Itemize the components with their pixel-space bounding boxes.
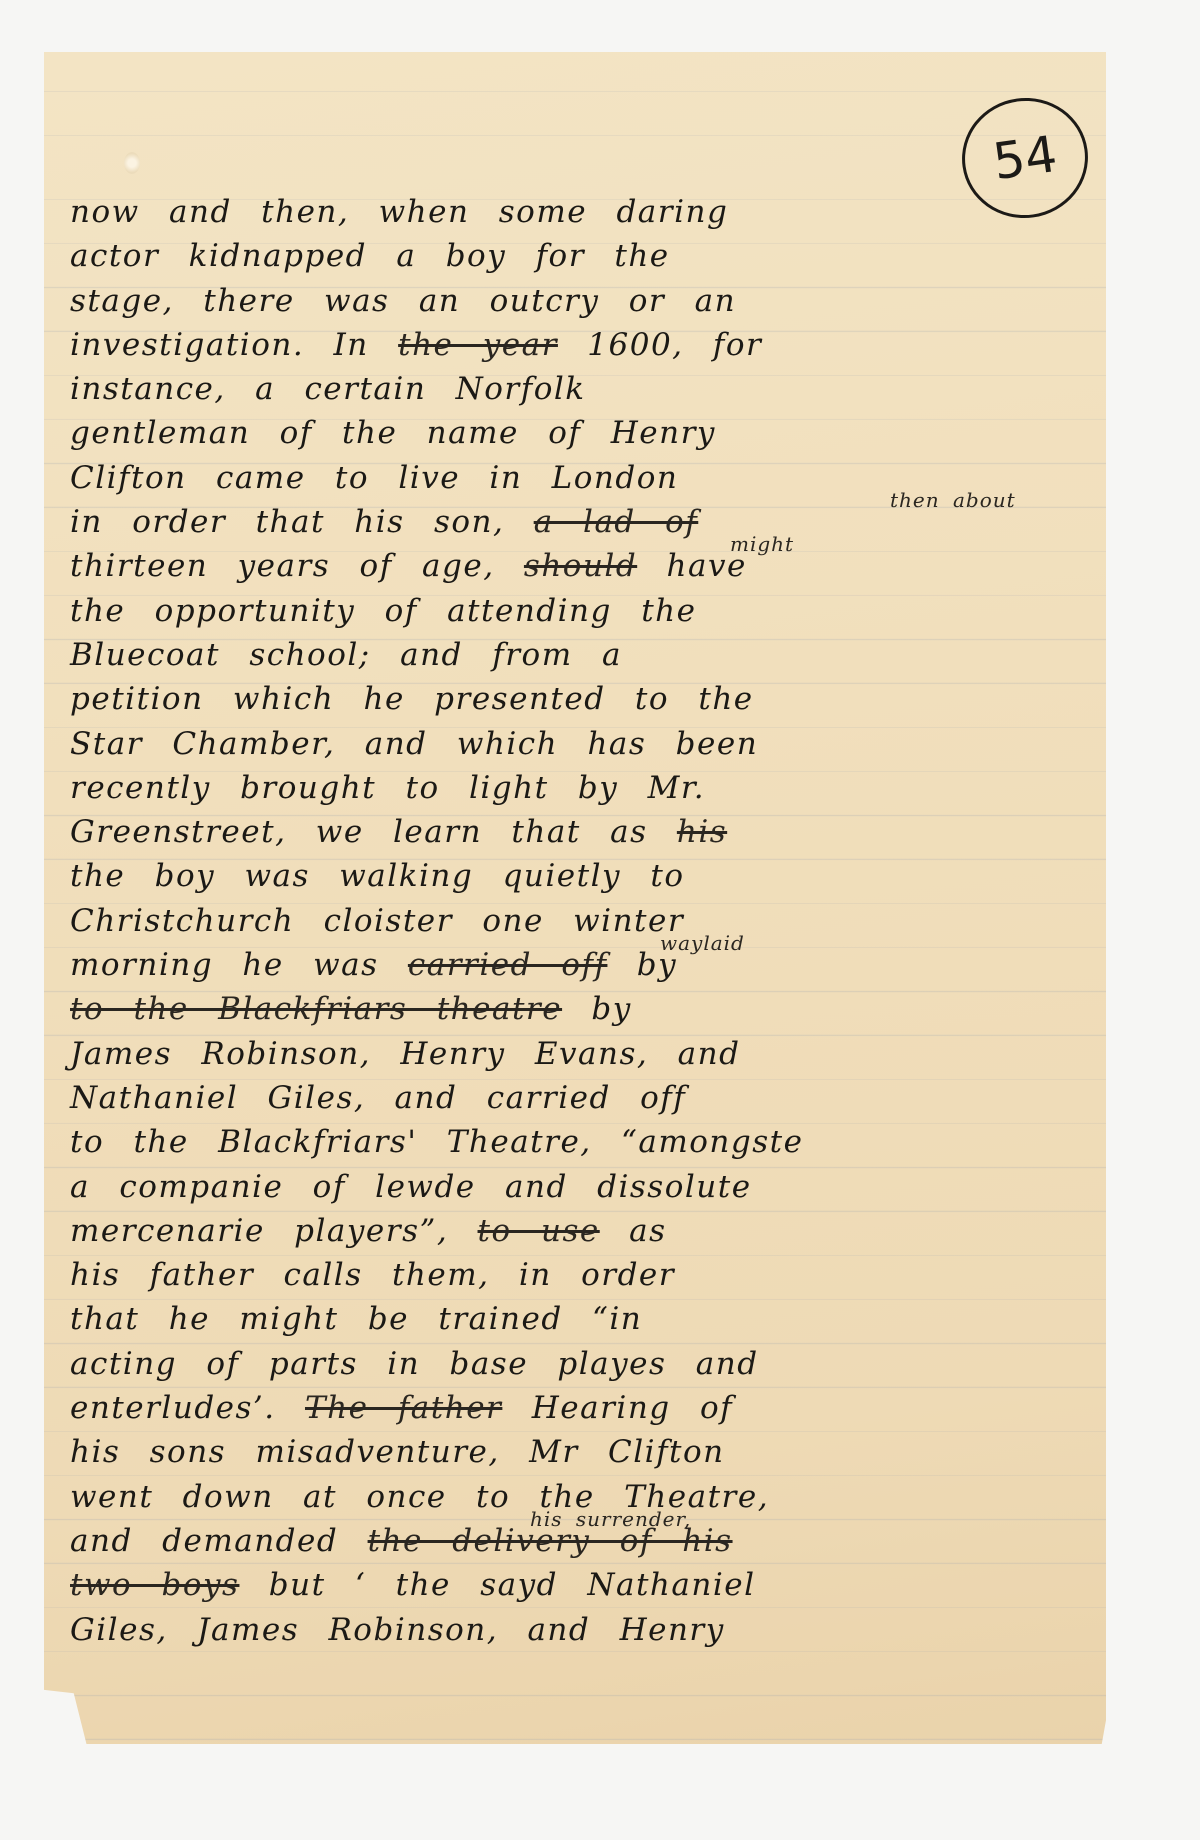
line-text: gentleman of the name of Henry	[70, 415, 716, 451]
manuscript-line: morning he was carried off bywaylaid	[70, 943, 1090, 987]
manuscript-line: thirteen years of age, should havemight	[70, 544, 1090, 588]
interlinear-insertion: his surrender,	[530, 1497, 691, 1541]
manuscript-line: stage, there was an outcry or an	[70, 279, 1090, 323]
manuscript-line: that he might be trained “in	[70, 1297, 1090, 1341]
line-text: to the Blackfriars' Theatre, “amongste	[70, 1124, 803, 1160]
line-text: and demanded	[70, 1523, 368, 1559]
line-text: Hearing of	[502, 1390, 733, 1426]
manuscript-line: to the Blackfriars theatre by	[70, 987, 1090, 1031]
line-text: in order that his son,	[70, 504, 534, 540]
line-text: recently brought to light by Mr.	[70, 770, 705, 806]
line-text: now and then, when some daring	[70, 194, 728, 230]
deleted-text: two boys	[70, 1567, 239, 1603]
line-text: 1600, for	[558, 327, 762, 363]
deleted-text: carried off	[408, 947, 608, 983]
line-text: Nathaniel Giles, and carried off	[70, 1080, 686, 1116]
handwritten-text: now and then, when some daringactor kidn…	[70, 190, 1090, 1652]
line-text: Christchurch cloister one winter	[70, 903, 684, 939]
folio-number: 54	[989, 125, 1060, 191]
deleted-text: the year	[398, 327, 558, 363]
manuscript-line: mercenarie players”, to use as	[70, 1209, 1090, 1253]
line-text: by	[562, 991, 632, 1027]
line-text: Greenstreet, we learn that as	[70, 814, 677, 850]
deleted-text: to use	[478, 1213, 600, 1249]
manuscript-line: recently brought to light by Mr.	[70, 766, 1090, 810]
manuscript-line: a companie of lewde and dissolute	[70, 1165, 1090, 1209]
manuscript-line: Nathaniel Giles, and carried off	[70, 1076, 1090, 1120]
interlinear-insertion: waylaid	[660, 921, 745, 965]
manuscript-line: Bluecoat school; and from a	[70, 633, 1090, 677]
manuscript-line: his sons misadventure, Mr Clifton	[70, 1430, 1090, 1474]
manuscript-line: the boy was walking quietly to	[70, 854, 1090, 898]
line-text: actor kidnapped a boy for the	[70, 238, 670, 274]
line-text: enterludes’.	[70, 1390, 305, 1426]
manuscript-page: 54 now and then, when some daringactor k…	[44, 52, 1106, 1744]
manuscript-line: and demanded the delivery of hishis surr…	[70, 1519, 1090, 1563]
manuscript-line: actor kidnapped a boy for the	[70, 234, 1090, 278]
line-text: but ‘ the sayd Nathaniel	[239, 1567, 755, 1603]
line-text: his sons misadventure, Mr Clifton	[70, 1434, 725, 1470]
manuscript-line: Greenstreet, we learn that as his	[70, 810, 1090, 854]
deleted-text: to the Blackfriars theatre	[70, 991, 562, 1027]
line-text: as	[600, 1213, 667, 1249]
deleted-text: should	[524, 548, 637, 584]
line-text: mercenarie players”,	[70, 1213, 478, 1249]
manuscript-line: to the Blackfriars' Theatre, “amongste	[70, 1120, 1090, 1164]
manuscript-line: now and then, when some daring	[70, 190, 1090, 234]
manuscript-line: James Robinson, Henry Evans, and	[70, 1032, 1090, 1076]
line-text: thirteen years of age,	[70, 548, 524, 584]
line-text: the boy was walking quietly to	[70, 858, 685, 894]
line-text: that he might be trained “in	[70, 1301, 642, 1337]
deleted-text: his	[677, 814, 727, 850]
line-text: Bluecoat school; and from a	[70, 637, 622, 673]
manuscript-line: investigation. In the year 1600, for	[70, 323, 1090, 367]
punch-hole	[124, 152, 140, 174]
line-text: Clifton came to live in London	[70, 460, 678, 496]
line-text: morning he was	[70, 947, 408, 983]
manuscript-line: two boys but ‘ the sayd Nathaniel	[70, 1563, 1090, 1607]
line-text: stage, there was an outcry or an	[70, 283, 736, 319]
manuscript-line: gentleman of the name of Henry	[70, 411, 1090, 455]
manuscript-line: enterludes’. The father Hearing of	[70, 1386, 1090, 1430]
manuscript-line: Christchurch cloister one winter	[70, 899, 1090, 943]
line-text: petition which he presented to the	[70, 681, 754, 717]
deleted-text: a lad of	[534, 504, 699, 540]
line-text: Giles, James Robinson, and Henry	[70, 1612, 725, 1648]
interlinear-insertion: might	[730, 522, 794, 566]
line-text: investigation. In	[70, 327, 398, 363]
manuscript-line: his father calls them, in order	[70, 1253, 1090, 1297]
manuscript-line: petition which he presented to the	[70, 677, 1090, 721]
line-text: instance, a certain Norfolk	[70, 371, 586, 407]
line-text: a companie of lewde and dissolute	[70, 1169, 752, 1205]
manuscript-line: acting of parts in base playes and	[70, 1342, 1090, 1386]
line-text: the opportunity of attending the	[70, 593, 696, 629]
interlinear-insertion: then about	[890, 478, 1016, 522]
manuscript-line: in order that his son, a lad ofthen abou…	[70, 500, 1090, 544]
line-text: his father calls them, in order	[70, 1257, 675, 1293]
line-text: James Robinson, Henry Evans, and	[70, 1036, 740, 1072]
line-text: Star Chamber, and which has been	[70, 726, 758, 762]
line-text: acting of parts in base playes and	[70, 1346, 759, 1382]
manuscript-line: Giles, James Robinson, and Henry	[70, 1608, 1090, 1652]
deleted-text: The father	[305, 1390, 502, 1426]
manuscript-line: Star Chamber, and which has been	[70, 722, 1090, 766]
manuscript-line: the opportunity of attending the	[70, 589, 1090, 633]
manuscript-line: instance, a certain Norfolk	[70, 367, 1090, 411]
